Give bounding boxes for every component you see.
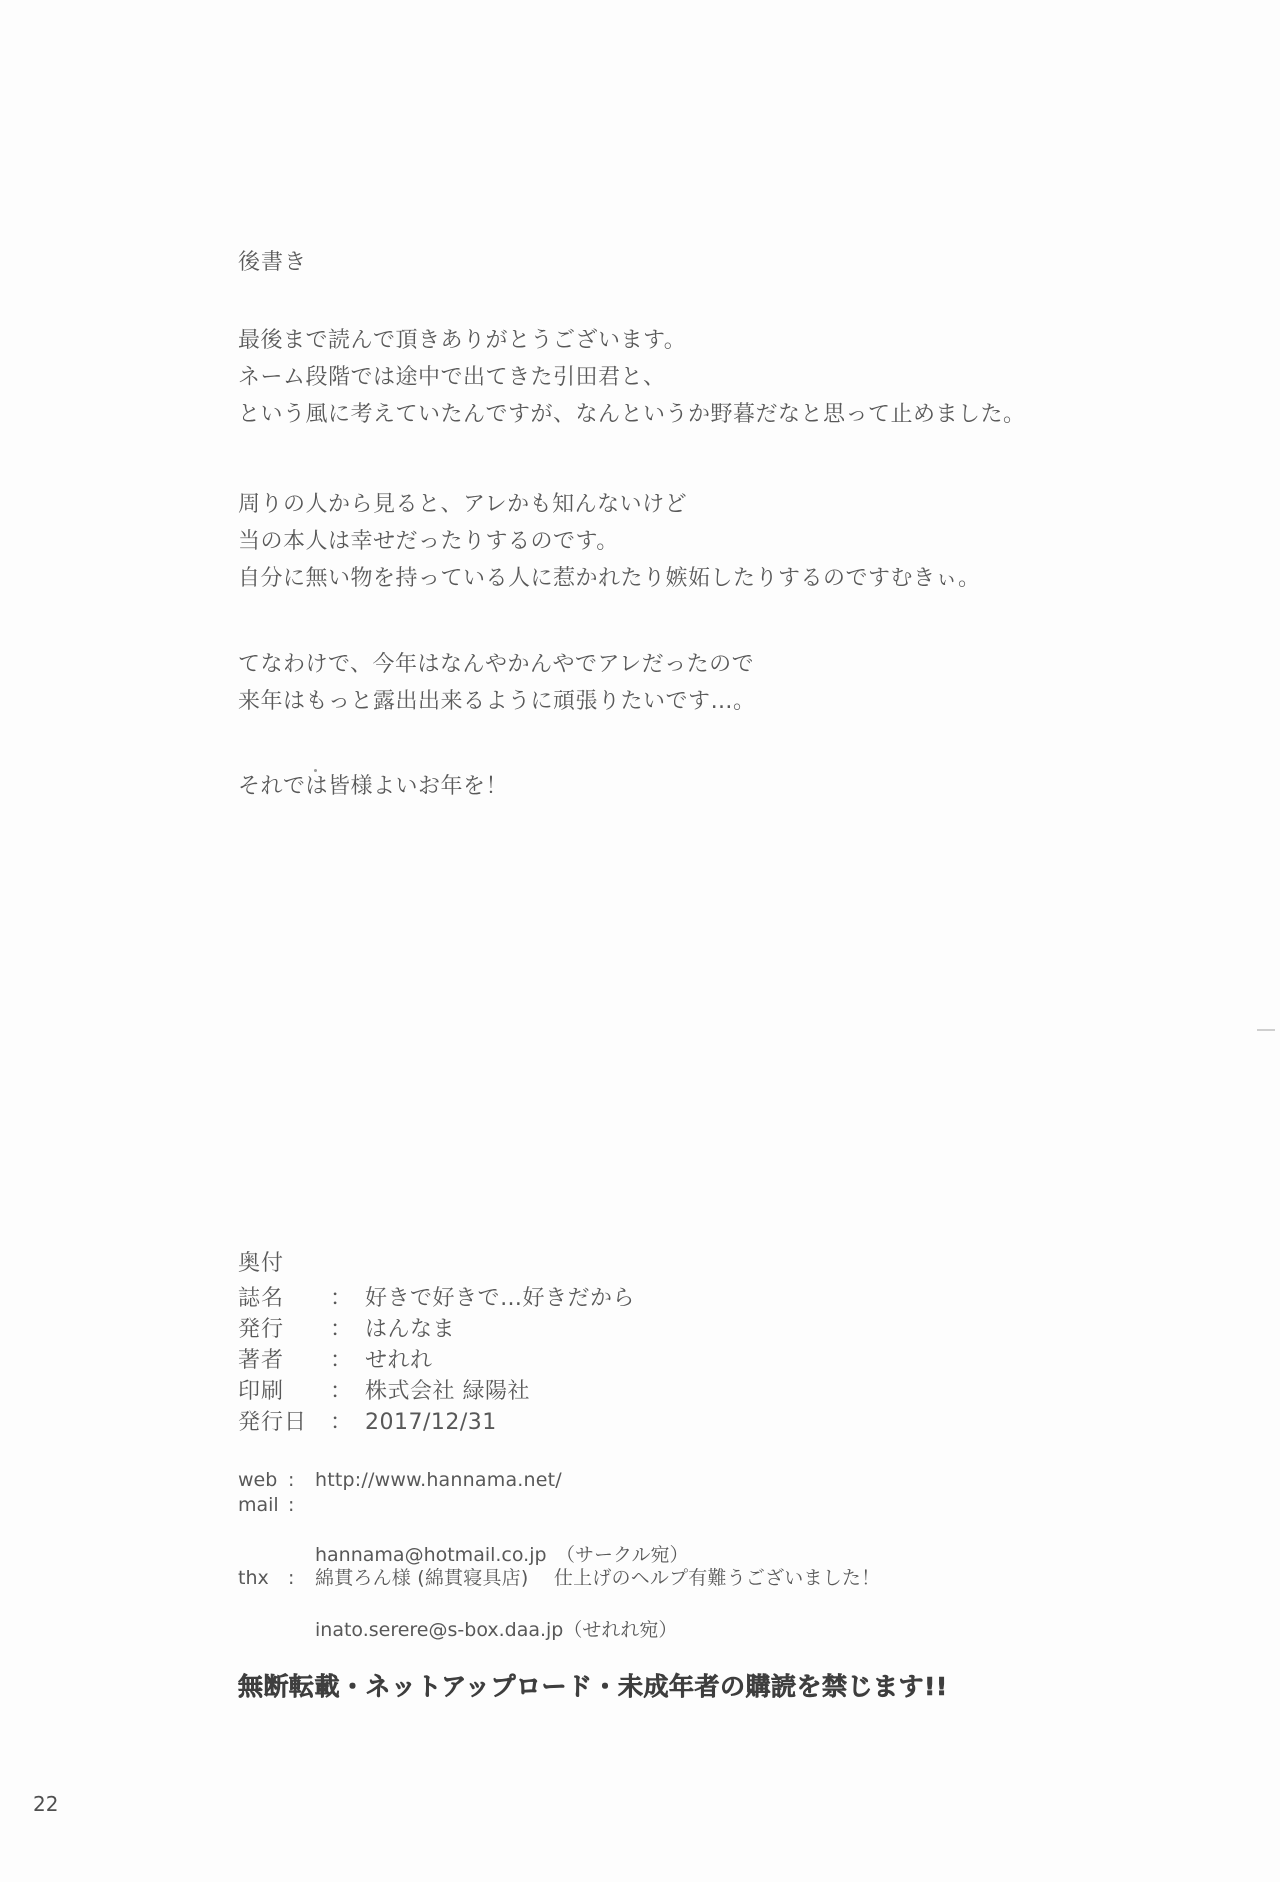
colophon-value: せれれ [365, 1345, 433, 1376]
colophon-row-title: 誌名 ： 好きで好きで…好きだから [238, 1283, 635, 1314]
afterword-heading: 後書き [238, 248, 307, 278]
afterword-paragraph-3: てなわけで、今年はなんやかんやでアレだったので 来年はもっと露出出来るように頑張… [238, 646, 756, 720]
colophon-label: 誌名 [238, 1283, 330, 1314]
contact-label: web [238, 1468, 288, 1493]
email-addresses: hannama@hotmail.co.jp （サークル宛） inato.sere… [315, 1493, 688, 1693]
colophon-heading: 奥付 [238, 1249, 284, 1279]
afterword-paragraph-2: 周りの人から見ると、アレかも知んないけど 当の本人は幸せだったりするのです。 自… [238, 486, 981, 597]
colophon-separator: ： [330, 1376, 365, 1407]
afterword-text-line: 最後まで読んで頂きありがとうございます。 [238, 322, 1026, 359]
colophon-label: 発行 [238, 1314, 330, 1345]
contact-label: mail [238, 1493, 288, 1693]
colophon-separator: ： [330, 1345, 365, 1376]
contact-row-web: web : http://www.hannama.net/ [238, 1468, 688, 1493]
email-address-author: inato.serere@s-box.daa.jp（せれれ宛） [315, 1618, 688, 1643]
afterword-text-line: という風に考えていたんですが、なんというか野暮だなと思って止めました。 [238, 396, 1026, 433]
colophon-row-author: 著者 ： せれれ [238, 1345, 635, 1376]
afterword-paragraph-1: 最後まで読んで頂きありがとうございます。 ネーム段階では途中で出てきた引田君と、… [238, 322, 1026, 433]
afterword-closing: それでは皆様よいお年を！ [238, 768, 508, 805]
colophon-separator: ： [330, 1314, 365, 1345]
contact-separator: : [288, 1468, 315, 1493]
thanks-text: 綿貫ろん様 (綿貫寝具店) 仕上げのヘルプ有難うございました！ [315, 1566, 880, 1591]
colophon-row-publisher: 発行 ： はんなま [238, 1314, 635, 1345]
colophon-separator: ： [330, 1283, 365, 1314]
afterword-text-line: それでは皆様よいお年を！ [238, 768, 508, 805]
email-address-circle: hannama@hotmail.co.jp （サークル宛） [315, 1543, 688, 1568]
afterword-text-line: ネーム段階では途中で出てきた引田君と、 [238, 359, 1026, 396]
contact-label: thx [238, 1566, 288, 1591]
contact-separator: : [288, 1566, 315, 1591]
contact-separator: : [288, 1493, 315, 1693]
page-number: 22 [33, 1792, 58, 1816]
afterword-text-line: 当の本人は幸せだったりするのです。 [238, 523, 981, 560]
colophon-separator: ： [330, 1407, 365, 1438]
thanks-block: thx : 綿貫ろん様 (綿貫寝具店) 仕上げのヘルプ有難うございました！ [238, 1566, 880, 1591]
contact-row-thx: thx : 綿貫ろん様 (綿貫寝具店) 仕上げのヘルプ有難うございました！ [238, 1566, 880, 1591]
contact-row-mail: mail : hannama@hotmail.co.jp （サークル宛） ina… [238, 1493, 688, 1693]
scan-artifact-dash [1257, 1029, 1275, 1031]
colophon-value: 株式会社 緑陽社 [365, 1376, 530, 1407]
scanned-afterword-page: 後書き 最後まで読んで頂きありがとうございます。 ネーム段階では途中で出てきた引… [0, 0, 1280, 1882]
scan-artifact-dot [314, 769, 317, 772]
colophon-label: 発行日 [238, 1407, 330, 1438]
colophon-value: 好きで好きで…好きだから [365, 1283, 635, 1314]
colophon-row-printer: 印刷 ： 株式会社 緑陽社 [238, 1376, 635, 1407]
colophon-table: 誌名 ： 好きで好きで…好きだから 発行 ： はんなま 著者 ： せれれ 印刷 … [238, 1283, 635, 1438]
colophon-value: 2017/12/31 [365, 1407, 497, 1438]
afterword-text-line: 周りの人から見ると、アレかも知んないけど [238, 486, 981, 523]
colophon-label: 著者 [238, 1345, 330, 1376]
afterword-text-line: 自分に無い物を持っている人に惹かれたり嫉妬したりするのですむきぃ。 [238, 560, 981, 597]
afterword-text-line: てなわけで、今年はなんやかんやでアレだったので [238, 646, 756, 683]
prohibition-notice: 無断転載・ネットアップロード・未成年者の購読を禁じます!! [238, 1670, 948, 1704]
afterword-text-line: 来年はもっと露出出来るように頑張りたいです…。 [238, 683, 756, 720]
colophon-label: 印刷 [238, 1376, 330, 1407]
colophon-row-date: 発行日 ： 2017/12/31 [238, 1407, 635, 1438]
website-url: http://www.hannama.net/ [315, 1468, 562, 1493]
colophon-value: はんなま [365, 1314, 455, 1345]
